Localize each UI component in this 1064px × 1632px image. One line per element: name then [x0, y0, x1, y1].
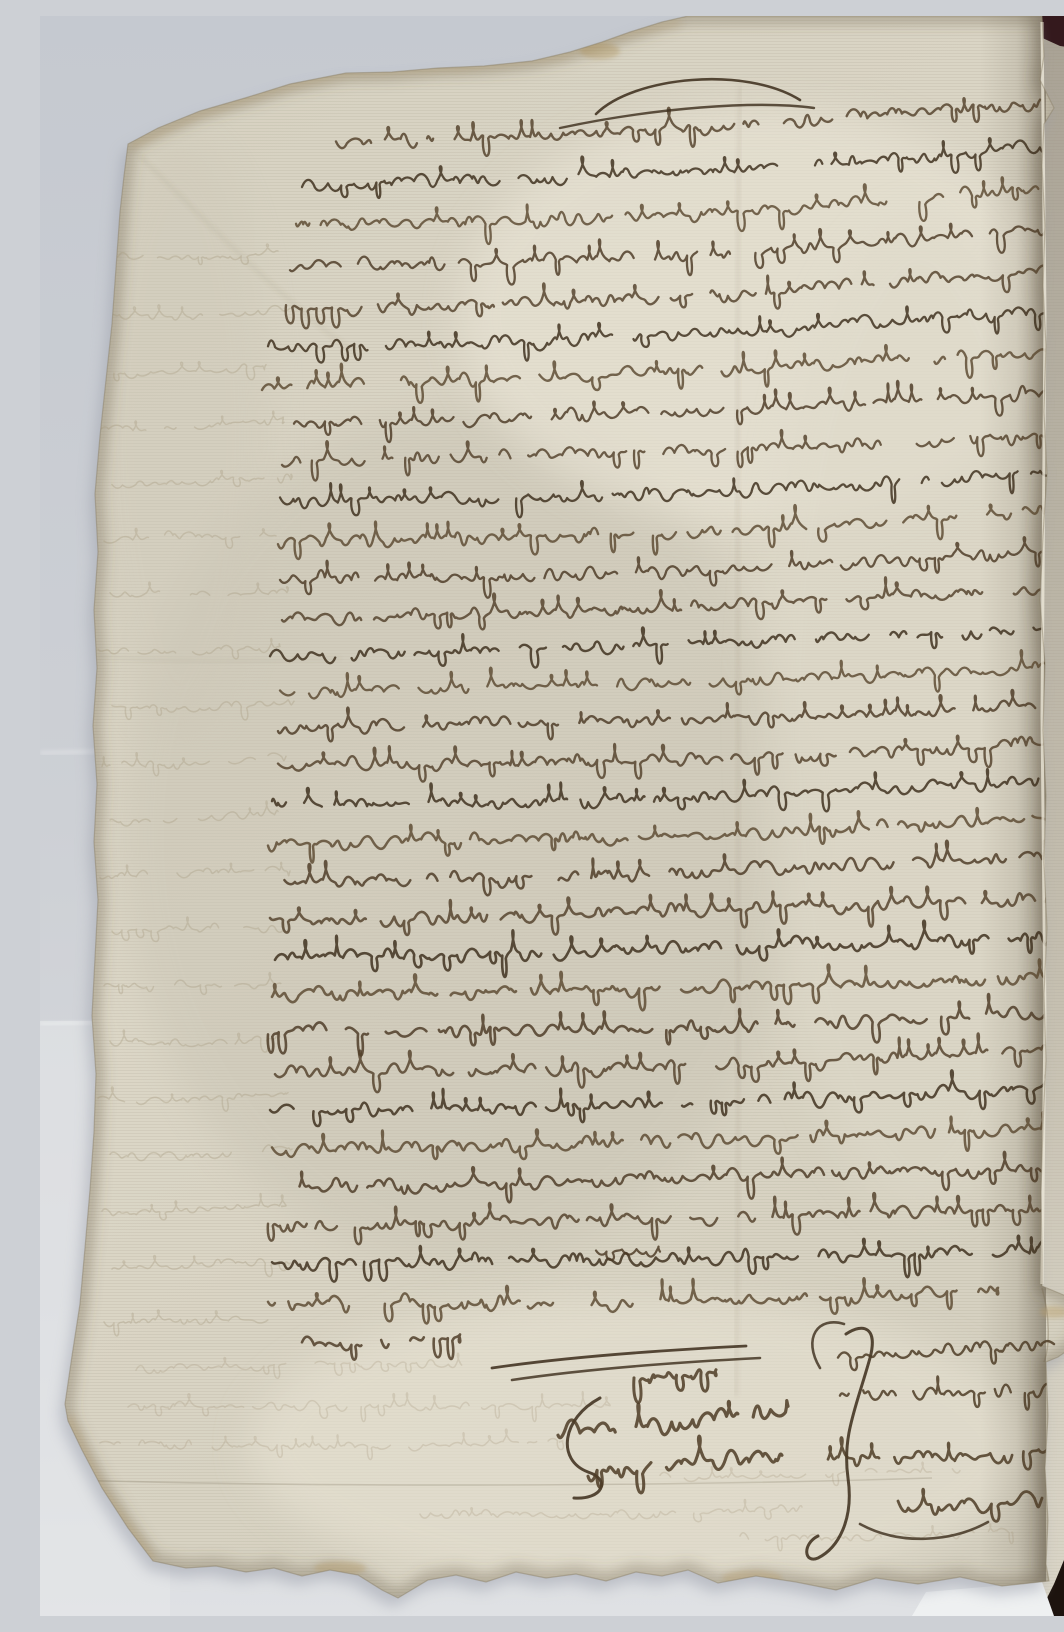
page-surface	[40, 16, 1064, 1616]
manuscript-photo-figure: Photograph of a bound 17th-century Spani…	[40, 16, 1064, 1616]
gutter-shadow	[980, 16, 1046, 1616]
manuscript-photo	[40, 16, 1064, 1616]
